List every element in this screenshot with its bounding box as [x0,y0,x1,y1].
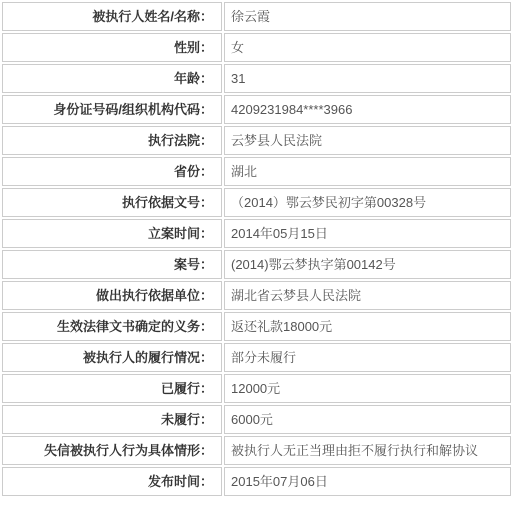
field-label: 未履行： [2,405,222,434]
field-value: (2014)鄂云梦执字第00142号 [224,250,511,279]
field-value: 部分未履行 [224,343,511,372]
field-label: 案号： [2,250,222,279]
field-label: 做出执行依据单位： [2,281,222,310]
debtor-info-table: 被执行人姓名/名称： 徐云霞 性别： 女 年龄： 31 身份证号码/组织机构代码… [0,0,513,498]
debtor-info-table-body: 被执行人姓名/名称： 徐云霞 性别： 女 年龄： 31 身份证号码/组织机构代码… [2,2,511,496]
field-value: 12000元 [224,374,511,403]
table-row: 做出执行依据单位： 湖北省云梦县人民法院 [2,281,511,310]
table-row: 被执行人的履行情况： 部分未履行 [2,343,511,372]
field-value: 徐云霞 [224,2,511,31]
field-label: 身份证号码/组织机构代码： [2,95,222,124]
field-value: 2014年05月15日 [224,219,511,248]
table-row: 案号： (2014)鄂云梦执字第00142号 [2,250,511,279]
field-label: 已履行： [2,374,222,403]
table-row: 生效法律文书确定的义务： 返还礼款18000元 [2,312,511,341]
field-value: 31 [224,64,511,93]
table-row: 执行依据文号： （2014）鄂云梦民初字第00328号 [2,188,511,217]
table-row: 省份： 湖北 [2,157,511,186]
field-label: 省份： [2,157,222,186]
table-row: 性别： 女 [2,33,511,62]
field-value: 返还礼款18000元 [224,312,511,341]
table-row: 失信被执行人行为具体情形： 被执行人无正当理由拒不履行执行和解协议 [2,436,511,465]
field-label: 执行法院： [2,126,222,155]
field-label: 失信被执行人行为具体情形： [2,436,222,465]
field-label: 被执行人的履行情况： [2,343,222,372]
table-row: 发布时间： 2015年07月06日 [2,467,511,496]
field-value: （2014）鄂云梦民初字第00328号 [224,188,511,217]
table-row: 未履行： 6000元 [2,405,511,434]
field-label: 生效法律文书确定的义务： [2,312,222,341]
field-value: 女 [224,33,511,62]
field-label: 发布时间： [2,467,222,496]
field-value: 2015年07月06日 [224,467,511,496]
field-value: 湖北省云梦县人民法院 [224,281,511,310]
table-row: 被执行人姓名/名称： 徐云霞 [2,2,511,31]
field-label: 性别： [2,33,222,62]
field-value: 湖北 [224,157,511,186]
field-label: 执行依据文号： [2,188,222,217]
field-value: 被执行人无正当理由拒不履行执行和解协议 [224,436,511,465]
field-value: 6000元 [224,405,511,434]
table-row: 执行法院： 云梦县人民法院 [2,126,511,155]
table-row: 已履行： 12000元 [2,374,511,403]
field-label: 年龄： [2,64,222,93]
table-row: 立案时间： 2014年05月15日 [2,219,511,248]
field-label: 立案时间： [2,219,222,248]
field-value: 4209231984****3966 [224,95,511,124]
field-label: 被执行人姓名/名称： [2,2,222,31]
table-row: 身份证号码/组织机构代码： 4209231984****3966 [2,95,511,124]
field-value: 云梦县人民法院 [224,126,511,155]
table-row: 年龄： 31 [2,64,511,93]
